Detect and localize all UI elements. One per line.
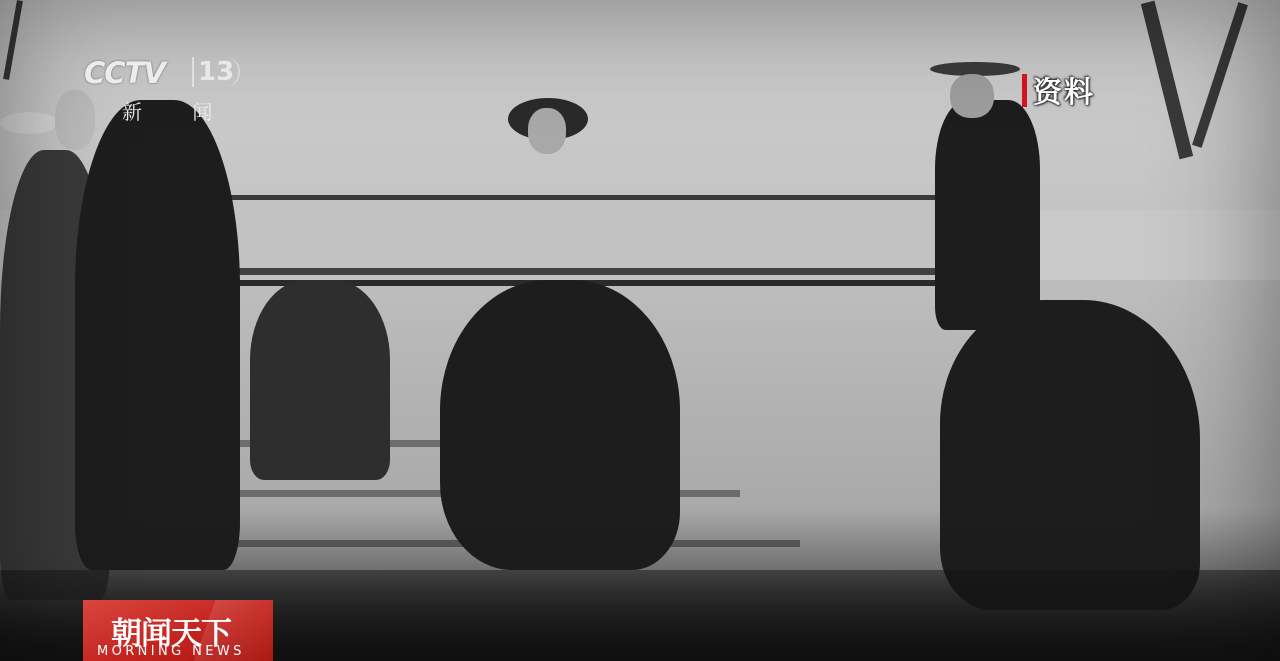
channel-subtitle: 新 闻 (122, 96, 234, 125)
red-accent-bar (1022, 74, 1027, 107)
archive-footage-tag: 资料 (1022, 70, 1095, 111)
archive-label: 资料 (1033, 70, 1095, 111)
video-frame: CCTV 13 新 闻 资料 朝闻天下 MORNING NEWS (0, 0, 1280, 661)
program-title-en: MORNING NEWS (97, 644, 245, 659)
cctv-wordmark: CCTV (84, 56, 165, 90)
program-badge: 朝闻天下 MORNING NEWS (83, 600, 273, 661)
channel-logo: CCTV 13 新 闻 (84, 56, 165, 90)
channel-number: 13 (192, 57, 240, 87)
